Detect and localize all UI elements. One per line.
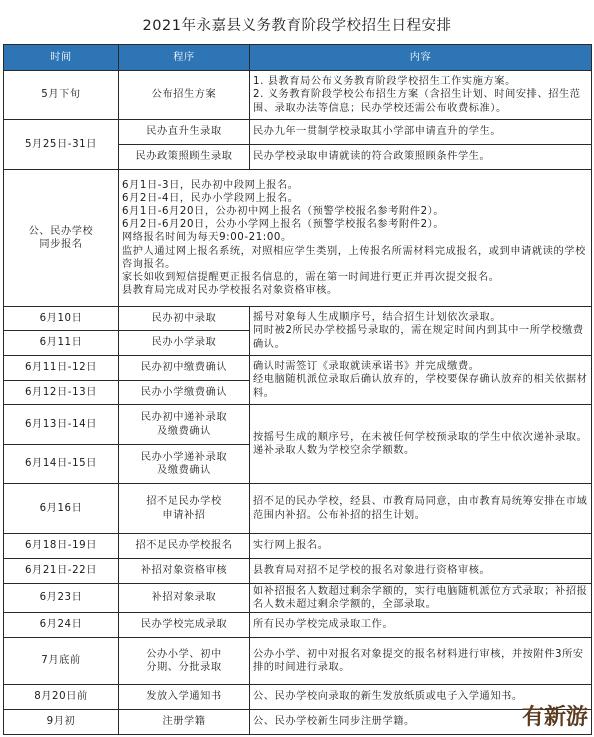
table-row: 6月11日-12日 民办初中缴费确认 确认时需签订《录取就读承诺书》并完成缴费。…: [4, 356, 592, 381]
table-row: 6月21日-22日 补招对象资格审核 县教育局对招不足学校的报名对象进行资格审核…: [4, 559, 592, 584]
watermark-logo: 有新游: [522, 700, 588, 731]
table-row: 公、民办学校 同步报名 6月1日-3日，民办初中段网上报名。 6月2日-4日，民…: [4, 170, 592, 307]
cell-procedure: 民办初中录取: [119, 307, 250, 331]
cell-time: 6月21日-22日: [4, 559, 119, 584]
cell-procedure: 民办小学录取: [119, 331, 250, 356]
cell-time: 7月底前: [4, 638, 119, 685]
cell-time: 6月23日: [4, 584, 119, 613]
cell-content: 按摇号生成的顺序号，在未被任何学校预录取的学生中依次递补录取。递补录取人数为学校…: [250, 405, 592, 484]
cell-procedure: 公布招生方案: [119, 71, 250, 120]
schedule-table: 时间 程序 内容 5月下旬 公布招生方案 1. 县教育局公布义务教育阶段学校招生…: [3, 44, 592, 735]
cell-content: 民办九年一贯制学校录取其小学部申请直升的学生。: [250, 120, 592, 145]
table-row: 6月23日 补招对象录取 如补招报名人数超过剩余学额的，实行电脑随机派位方式录取…: [4, 584, 592, 613]
cell-time: 5月下旬: [4, 71, 119, 120]
table-header-row: 时间 程序 内容: [4, 45, 592, 71]
cell-procedure: 注册学籍: [119, 710, 250, 735]
cell-time: 6月12日-13日: [4, 381, 119, 405]
header-procedure: 程序: [119, 45, 250, 71]
cell-time: 6月14日-15日: [4, 445, 119, 484]
table-row: 5月25日-31日 民办直升生录取 民办九年一贯制学校录取其小学部申请直升的学生…: [4, 120, 592, 145]
cell-procedure: 民办初中缴费确认: [119, 356, 250, 381]
cell-procedure: 民办政策照顾生录取: [119, 145, 250, 170]
cell-procedure: 民办直升生录取: [119, 120, 250, 145]
cell-time: 6月16日: [4, 484, 119, 534]
cell-procedure: 补招对象录取: [119, 584, 250, 613]
cell-time: 6月24日: [4, 613, 119, 638]
cell-procedure: 民办初中递补录取 及缴费确认: [119, 405, 250, 445]
cell-procedure: 发放入学通知书: [119, 685, 250, 710]
cell-time: 6月11日: [4, 331, 119, 356]
cell-content: 如补招报名人数超过剩余学额的，实行电脑随机派位方式录取；补招报名人数未超过剩余学…: [250, 584, 592, 613]
cell-procedure: 公办小学、初中 分期、分批录取: [119, 638, 250, 685]
cell-time: 6月13日-14日: [4, 405, 119, 445]
header-content: 内容: [250, 45, 592, 71]
table-row: 6月16日 招不足民办学校 申请补招 招不足的民办学校，经县、市教育局同意，由市…: [4, 484, 592, 534]
table-row: 7月底前 公办小学、初中 分期、分批录取 公办小学、初中对报名对象提交的报名材料…: [4, 638, 592, 685]
cell-content: 招不足的民办学校，经县、市教育局同意，由市教育局统筹安排在市域范围内补招。公布补…: [250, 484, 592, 534]
cell-content: 民办学校录取申请就读的符合政策照顾条件学生。: [250, 145, 592, 170]
table-row: 6月24日 民办学校完成录取 所有民办学校完成录取工作。: [4, 613, 592, 638]
cell-time: 公、民办学校 同步报名: [4, 170, 119, 307]
table-row: 5月下旬 公布招生方案 1. 县教育局公布义务教育阶段学校招生工作实施方案。 2…: [4, 71, 592, 120]
cell-content: 1. 县教育局公布义务教育阶段学校招生工作实施方案。 2. 义务教育阶段学校公布…: [250, 71, 592, 120]
cell-time: 8月20日前: [4, 685, 119, 710]
cell-time: 6月10日: [4, 307, 119, 331]
cell-content: 确认时需签订《录取就读承诺书》并完成缴费。 经电脑随机派位录取后确认放弃的，学校…: [250, 356, 592, 405]
header-time: 时间: [4, 45, 119, 71]
cell-time: 6月11日-12日: [4, 356, 119, 381]
cell-content: 县教育局对招不足学校的报名对象进行资格审核。: [250, 559, 592, 584]
table-row: 6月10日 民办初中录取 摇号对象每人生成顺序号，结合招生计划依次录取。 同时被…: [4, 307, 592, 331]
cell-procedure: 民办学校完成录取: [119, 613, 250, 638]
cell-time: 9月初: [4, 710, 119, 735]
cell-procedure: 民办小学缴费确认: [119, 381, 250, 405]
cell-time: 6月18日-19日: [4, 534, 119, 559]
cell-procedure: 民办小学递补录取 及缴费确认: [119, 445, 250, 484]
cell-time: 5月25日-31日: [4, 120, 119, 170]
table-row: 6月13日-14日 民办初中递补录取 及缴费确认 按摇号生成的顺序号，在未被任何…: [4, 405, 592, 445]
cell-content: 摇号对象每人生成顺序号，结合招生计划依次录取。 同时被2所民办学校摇号录取的，需…: [250, 307, 592, 356]
cell-procedure: 招不足民办学校 申请补招: [119, 484, 250, 534]
table-row: 8月20日前 发放入学通知书 公、民办学校向录取的新生发放纸质或电子入学通知书。: [4, 685, 592, 710]
cell-content: 公办小学、初中对报名对象提交的报名材料进行审核，并按附件3所安排的时间进行录取。: [250, 638, 592, 685]
cell-content: 实行网上报名。: [250, 534, 592, 559]
cell-content: 所有民办学校完成录取工作。: [250, 613, 592, 638]
cell-content: 6月1日-3日，民办初中段网上报名。 6月2日-4日，民办小学段网上报名。 6月…: [119, 170, 592, 307]
cell-procedure: 招不足民办学校报名: [119, 534, 250, 559]
table-row: 9月初 注册学籍 公、民办学校新生同步注册学籍。: [4, 710, 592, 735]
page-title: 2021年永嘉县义务教育阶段学校招生日程安排: [0, 14, 594, 35]
cell-procedure: 补招对象资格审核: [119, 559, 250, 584]
table-row: 6月18日-19日 招不足民办学校报名 实行网上报名。: [4, 534, 592, 559]
